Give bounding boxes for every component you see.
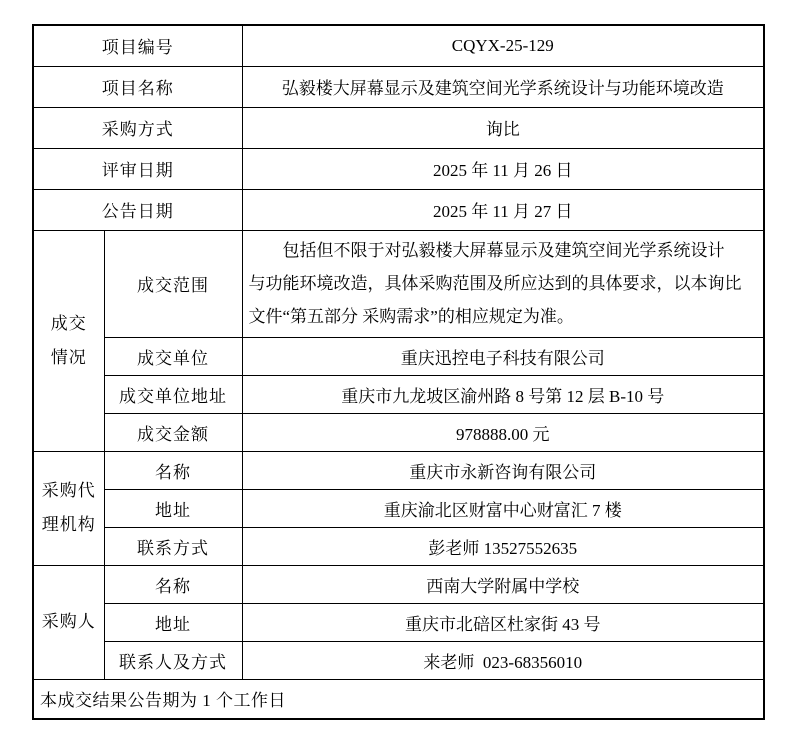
table-row: 采购代 理机构 名称 重庆市永新咨询有限公司 [33,451,764,489]
deal-scope-paragraph: 包括但不限于对弘毅楼大屏幕显示及建筑空间光学系统设计 与功能环境改造，具体采购范… [249,234,758,333]
agency-group-label: 采购代 理机构 [33,451,104,565]
deal-supplier-value: 重庆迅控电子科技有限公司 [242,337,764,375]
purchaser-address-value: 重庆市北碚区杜家街 43 号 [242,603,764,641]
deal-supplier-address-label: 成交单位地址 [104,375,242,413]
procurement-method-value: 询比 [242,107,764,148]
table-row: 项目名称 弘毅楼大屏幕显示及建筑空间光学系统设计与功能环境改造 [33,66,764,107]
procurement-result-table: 项目编号 CQYX-25-129 项目名称 弘毅楼大屏幕显示及建筑空间光学系统设… [32,24,765,720]
agency-address-value: 重庆渝北区财富中心财富汇 7 楼 [242,489,764,527]
purchaser-name-label: 名称 [104,565,242,603]
purchaser-name-value: 西南大学附属中学校 [242,565,764,603]
deal-supplier-address-value: 重庆市九龙坡区渝州路 8 号第 12 层 B-10 号 [242,375,764,413]
project-name-label: 项目名称 [33,66,242,107]
table-row: 评审日期 2025 年 11 月 26 日 [33,148,764,189]
table-row: 地址 重庆市北碚区杜家街 43 号 [33,603,764,641]
deal-info-group-label: 成交 情况 [33,230,104,451]
table-row: 联系方式 彭老师 13527552635 [33,527,764,565]
agency-contact-label: 联系方式 [104,527,242,565]
purchaser-group-label: 采购人 [33,565,104,679]
announcement-date-label: 公告日期 [33,189,242,230]
review-date-value: 2025 年 11 月 26 日 [242,148,764,189]
agency-name-value: 重庆市永新咨询有限公司 [242,451,764,489]
deal-scope-label: 成交范围 [104,230,242,337]
announcement-period-note: 本成交结果公告期为 1 个工作日 [33,679,764,719]
table-row: 地址 重庆渝北区财富中心财富汇 7 楼 [33,489,764,527]
agency-address-label: 地址 [104,489,242,527]
table-row: 采购方式 询比 [33,107,764,148]
table-row: 成交单位 重庆迅控电子科技有限公司 [33,337,764,375]
table-row: 联系人及方式 来老师 023-68356010 [33,641,764,679]
deal-amount-value: 978888.00 元 [242,413,764,451]
purchaser-contact-label: 联系人及方式 [104,641,242,679]
agency-name-label: 名称 [104,451,242,489]
review-date-label: 评审日期 [33,148,242,189]
announcement-date-value: 2025 年 11 月 27 日 [242,189,764,230]
table-row: 成交 情况 成交范围 包括但不限于对弘毅楼大屏幕显示及建筑空间光学系统设计 与功… [33,230,764,337]
purchaser-contact-value: 来老师 023-68356010 [242,641,764,679]
table-row: 项目编号 CQYX-25-129 [33,25,764,66]
announcement-page: 项目编号 CQYX-25-129 项目名称 弘毅楼大屏幕显示及建筑空间光学系统设… [0,0,796,755]
table-row: 成交单位地址 重庆市九龙坡区渝州路 8 号第 12 层 B-10 号 [33,375,764,413]
project-number-label: 项目编号 [33,25,242,66]
table-row: 公告日期 2025 年 11 月 27 日 [33,189,764,230]
deal-scope-value: 包括但不限于对弘毅楼大屏幕显示及建筑空间光学系统设计 与功能环境改造，具体采购范… [242,230,764,337]
purchaser-address-label: 地址 [104,603,242,641]
deal-supplier-label: 成交单位 [104,337,242,375]
procurement-method-label: 采购方式 [33,107,242,148]
table-row: 成交金额 978888.00 元 [33,413,764,451]
table-row: 本成交结果公告期为 1 个工作日 [33,679,764,719]
table-row: 采购人 名称 西南大学附属中学校 [33,565,764,603]
agency-contact-value: 彭老师 13527552635 [242,527,764,565]
deal-amount-label: 成交金额 [104,413,242,451]
project-number-value: CQYX-25-129 [242,25,764,66]
project-name-value: 弘毅楼大屏幕显示及建筑空间光学系统设计与功能环境改造 [242,66,764,107]
